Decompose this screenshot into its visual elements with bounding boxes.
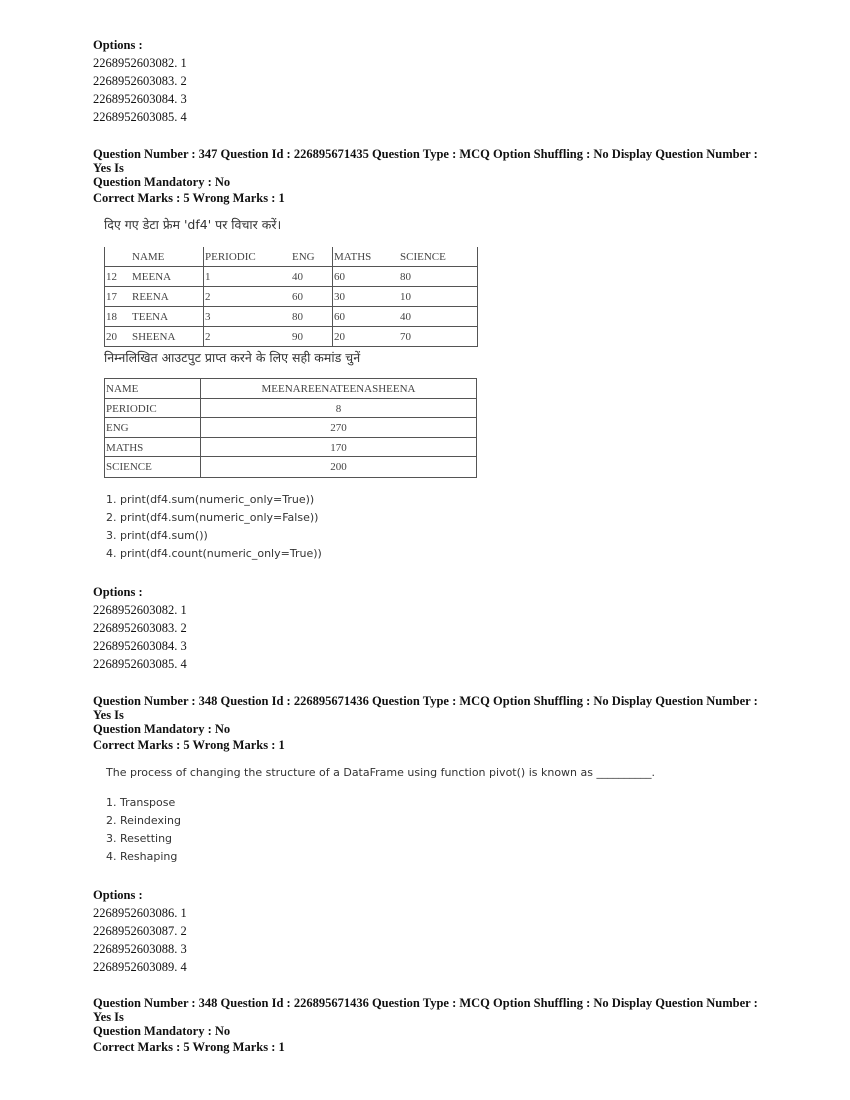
question-meta-line2: Question Mandatory : No (93, 722, 773, 736)
table-row: PERIODIC8 (105, 399, 476, 419)
options-heading: Options : (93, 583, 143, 601)
table-cell: 3 (205, 307, 211, 327)
table-divider (104, 346, 478, 347)
choice-2: 2. Reindexing (106, 812, 181, 830)
row-label: SCIENCE (106, 457, 152, 477)
row-label: NAME (106, 379, 138, 399)
options-heading: Options : (93, 36, 143, 54)
question-meta: Question Number : 347 Question Id : 2268… (93, 147, 773, 207)
table-row: SCIENCE200 (105, 457, 476, 477)
option-item: 2268952603082. 1 (93, 54, 187, 72)
option-item: 2268952603087. 2 (93, 922, 187, 940)
table-cell: 20 (334, 327, 345, 347)
row-value: MEENAREENATEENASHEENA (201, 379, 476, 399)
table-cell: 30 (334, 287, 345, 307)
table-header-row: NAMEPERIODICENGMATHSSCIENCE (104, 247, 478, 267)
option-item: 2268952603084. 3 (93, 90, 187, 108)
row-label: PERIODIC (106, 399, 157, 419)
option-item: 2268952603086. 1 (93, 904, 187, 922)
option-item: 2268952603082. 1 (93, 601, 187, 619)
answer-choices: 1. print(df4.sum(numeric_only=True)) 2. … (106, 491, 322, 563)
table-cell: 70 (400, 327, 411, 347)
dataframe-table: NAMEPERIODICENGMATHSSCIENCE12MEENA140608… (104, 247, 478, 347)
question-marks: Correct Marks : 5 Wrong Marks : 1 (93, 191, 773, 205)
table-cell: 20 (106, 327, 117, 347)
table-cell: TEENA (132, 307, 168, 327)
table-cell: REENA (132, 287, 169, 307)
table-row: 12MEENA1406080 (104, 267, 478, 287)
table-cell: 60 (292, 287, 303, 307)
table-cell: 60 (334, 267, 345, 287)
row-value: 270 (201, 418, 476, 438)
option-item: 2268952603083. 2 (93, 619, 187, 637)
table-cell: 1 (205, 267, 211, 287)
table-row: 20SHEENA2902070 (104, 327, 478, 347)
question-marks: Correct Marks : 5 Wrong Marks : 1 (93, 738, 773, 752)
table-cell: 80 (400, 267, 411, 287)
column-header: MATHS (334, 247, 371, 267)
question-meta-line1: Question Number : 348 Question Id : 2268… (93, 694, 773, 722)
option-item: 2268952603088. 3 (93, 940, 187, 958)
question-prompt: The process of changing the structure of… (106, 766, 655, 779)
choice-3: 3. print(df4.sum()) (106, 527, 322, 545)
options-heading: Options : (93, 886, 143, 904)
question-meta-line2: Question Mandatory : No (93, 175, 773, 189)
choice-1: 1. Transpose (106, 794, 181, 812)
option-item: 2268952603085. 4 (93, 108, 187, 126)
table-cell: 17 (106, 287, 117, 307)
table-cell: 10 (400, 287, 411, 307)
table-row: 18TEENA3806040 (104, 307, 478, 327)
choice-4: 4. Reshaping (106, 848, 181, 866)
table-cell: 12 (106, 267, 117, 287)
instruction-hindi: निम्नलिखित आउटपुट प्राप्त करने के लिए सह… (104, 349, 360, 366)
question-prompt-hindi: दिए गए डेटा फ्रेम 'df4' पर विचार करें। (104, 216, 281, 233)
table-cell: 60 (334, 307, 345, 327)
row-label: ENG (106, 418, 129, 438)
choice-4: 4. print(df4.count(numeric_only=True)) (106, 545, 322, 563)
table-cell: MEENA (132, 267, 171, 287)
question-meta-line2: Question Mandatory : No (93, 1024, 773, 1038)
question-marks: Correct Marks : 5 Wrong Marks : 1 (93, 1040, 773, 1054)
choice-1: 1. print(df4.sum(numeric_only=True)) (106, 491, 322, 509)
option-item: 2268952603089. 4 (93, 958, 187, 976)
column-header: PERIODIC (205, 247, 256, 267)
question-meta-line1: Question Number : 348 Question Id : 2268… (93, 996, 773, 1024)
column-header: ENG (292, 247, 315, 267)
table-cell: 80 (292, 307, 303, 327)
row-label: MATHS (106, 438, 143, 458)
table-cell: SHEENA (132, 327, 175, 347)
answer-choices: 1. Transpose 2. Reindexing 3. Resetting … (106, 794, 181, 866)
question-meta-line1: Question Number : 347 Question Id : 2268… (93, 147, 773, 175)
option-item: 2268952603083. 2 (93, 72, 187, 90)
column-header: NAME (132, 247, 164, 267)
table-cell: 2 (205, 287, 211, 307)
table-row: NAMEMEENAREENATEENASHEENA (105, 379, 476, 399)
column-header: SCIENCE (400, 247, 446, 267)
table-cell: 2 (205, 327, 211, 347)
option-item: 2268952603084. 3 (93, 637, 187, 655)
table-cell: 40 (292, 267, 303, 287)
table-cell: 90 (292, 327, 303, 347)
table-cell: 18 (106, 307, 117, 327)
choice-3: 3. Resetting (106, 830, 181, 848)
table-row: ENG270 (105, 418, 476, 438)
table-row: MATHS170 (105, 438, 476, 458)
row-value: 200 (201, 457, 476, 477)
row-value: 170 (201, 438, 476, 458)
choice-2: 2. print(df4.sum(numeric_only=False)) (106, 509, 322, 527)
table-cell: 40 (400, 307, 411, 327)
output-table: NAMEMEENAREENATEENASHEENAPERIODIC8ENG270… (104, 378, 477, 478)
question-meta: Question Number : 348 Question Id : 2268… (93, 694, 773, 754)
question-meta: Question Number : 348 Question Id : 2268… (93, 996, 773, 1056)
row-value: 8 (201, 399, 476, 419)
table-row: 17REENA2603010 (104, 287, 478, 307)
option-item: 2268952603085. 4 (93, 655, 187, 673)
